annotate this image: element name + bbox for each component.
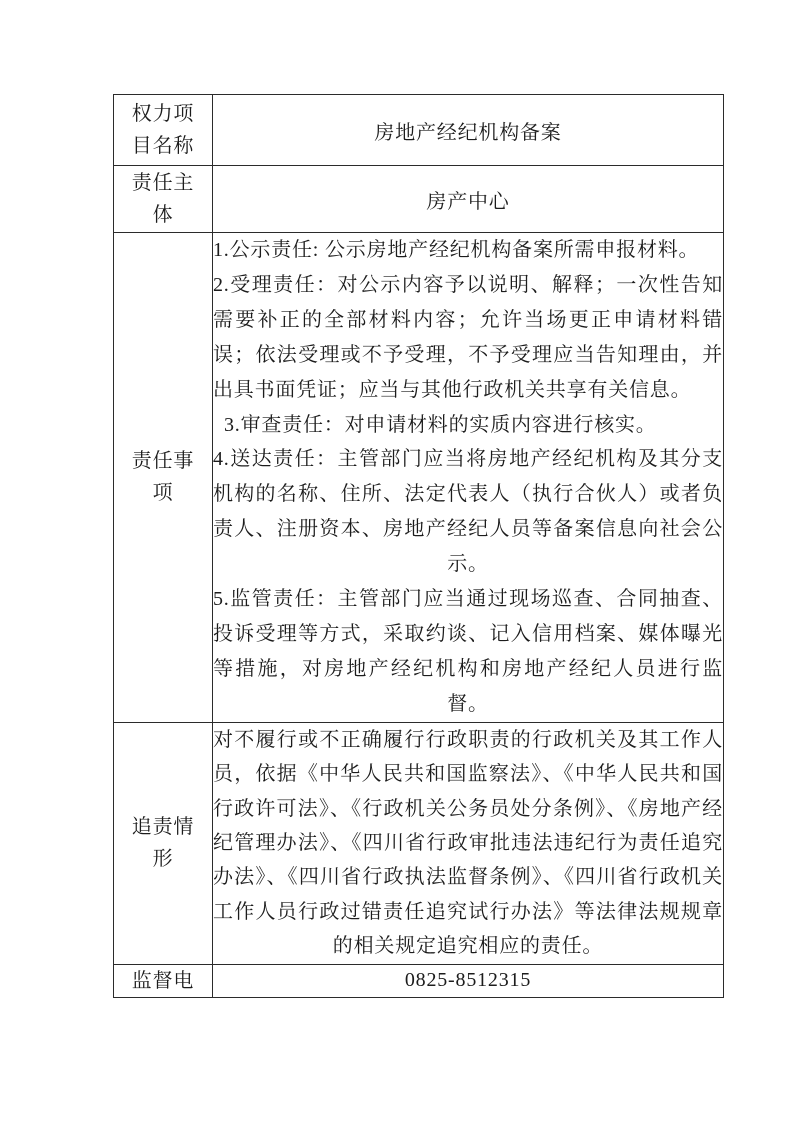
power-item-value: 房地产经纪机构备案 [213,95,724,166]
duty-item-review: 3.审查责任：对申请材料的实质内容进行核实。 [213,408,723,443]
duty-item-supervision: 5.监管责任：主管部门应当通过现场巡查、合同抽查、投诉受理等方式，采取约谈、记入… [213,582,723,722]
duty-item-publicity: 1.公示责任: 公示房地产经纪机构备案所需申报材料。 [213,233,723,268]
document-page: 权力项 目名称 房地产经纪机构备案 责任主 体 房产中心 责任事 项 1.公示责… [0,0,793,1122]
duty-item-delivery: 4.送达责任：主管部门应当将房地产经纪机构及其分支机构的名称、住所、法定代表人（… [213,442,723,582]
responsibility-table: 权力项 目名称 房地产经纪机构备案 责任主 体 房产中心 责任事 项 1.公示责… [113,94,724,998]
power-item-label: 权力项 目名称 [114,95,213,166]
duty-matters-content: 1.公示责任: 公示房地产经纪机构备案所需申报材料。 2.受理责任：对公示内容予… [213,233,724,723]
table-row-power-item: 权力项 目名称 房地产经纪机构备案 [114,95,724,166]
accountability-content: 对不履行或不正确履行行政职责的行政机关及其工作人员，依据《中华人民共和国监察法》… [213,722,724,964]
table-row-accountability: 追责情 形 对不履行或不正确履行行政职责的行政机关及其工作人员，依据《中华人民共… [114,722,724,964]
responsible-entity-value: 房产中心 [213,166,724,233]
duty-matters-label: 责任事 项 [114,233,213,723]
duty-item-acceptance: 2.受理责任：对公示内容予以说明、解释；一次性告知需要补正的全部材料内容；允许当… [213,268,723,408]
accountability-text: 对不履行或不正确履行行政职责的行政机关及其工作人员，依据《中华人民共和国监察法》… [213,723,723,964]
supervision-phone-label: 监督电 [114,964,213,997]
accountability-label: 追责情 形 [114,722,213,964]
table-row-supervision-phone: 监督电 0825-8512315 [114,964,724,997]
table-row-responsible-entity: 责任主 体 房产中心 [114,166,724,233]
supervision-phone-value: 0825-8512315 [213,964,724,997]
table-row-duty-matters: 责任事 项 1.公示责任: 公示房地产经纪机构备案所需申报材料。 2.受理责任：… [114,233,724,723]
responsible-entity-label: 责任主 体 [114,166,213,233]
